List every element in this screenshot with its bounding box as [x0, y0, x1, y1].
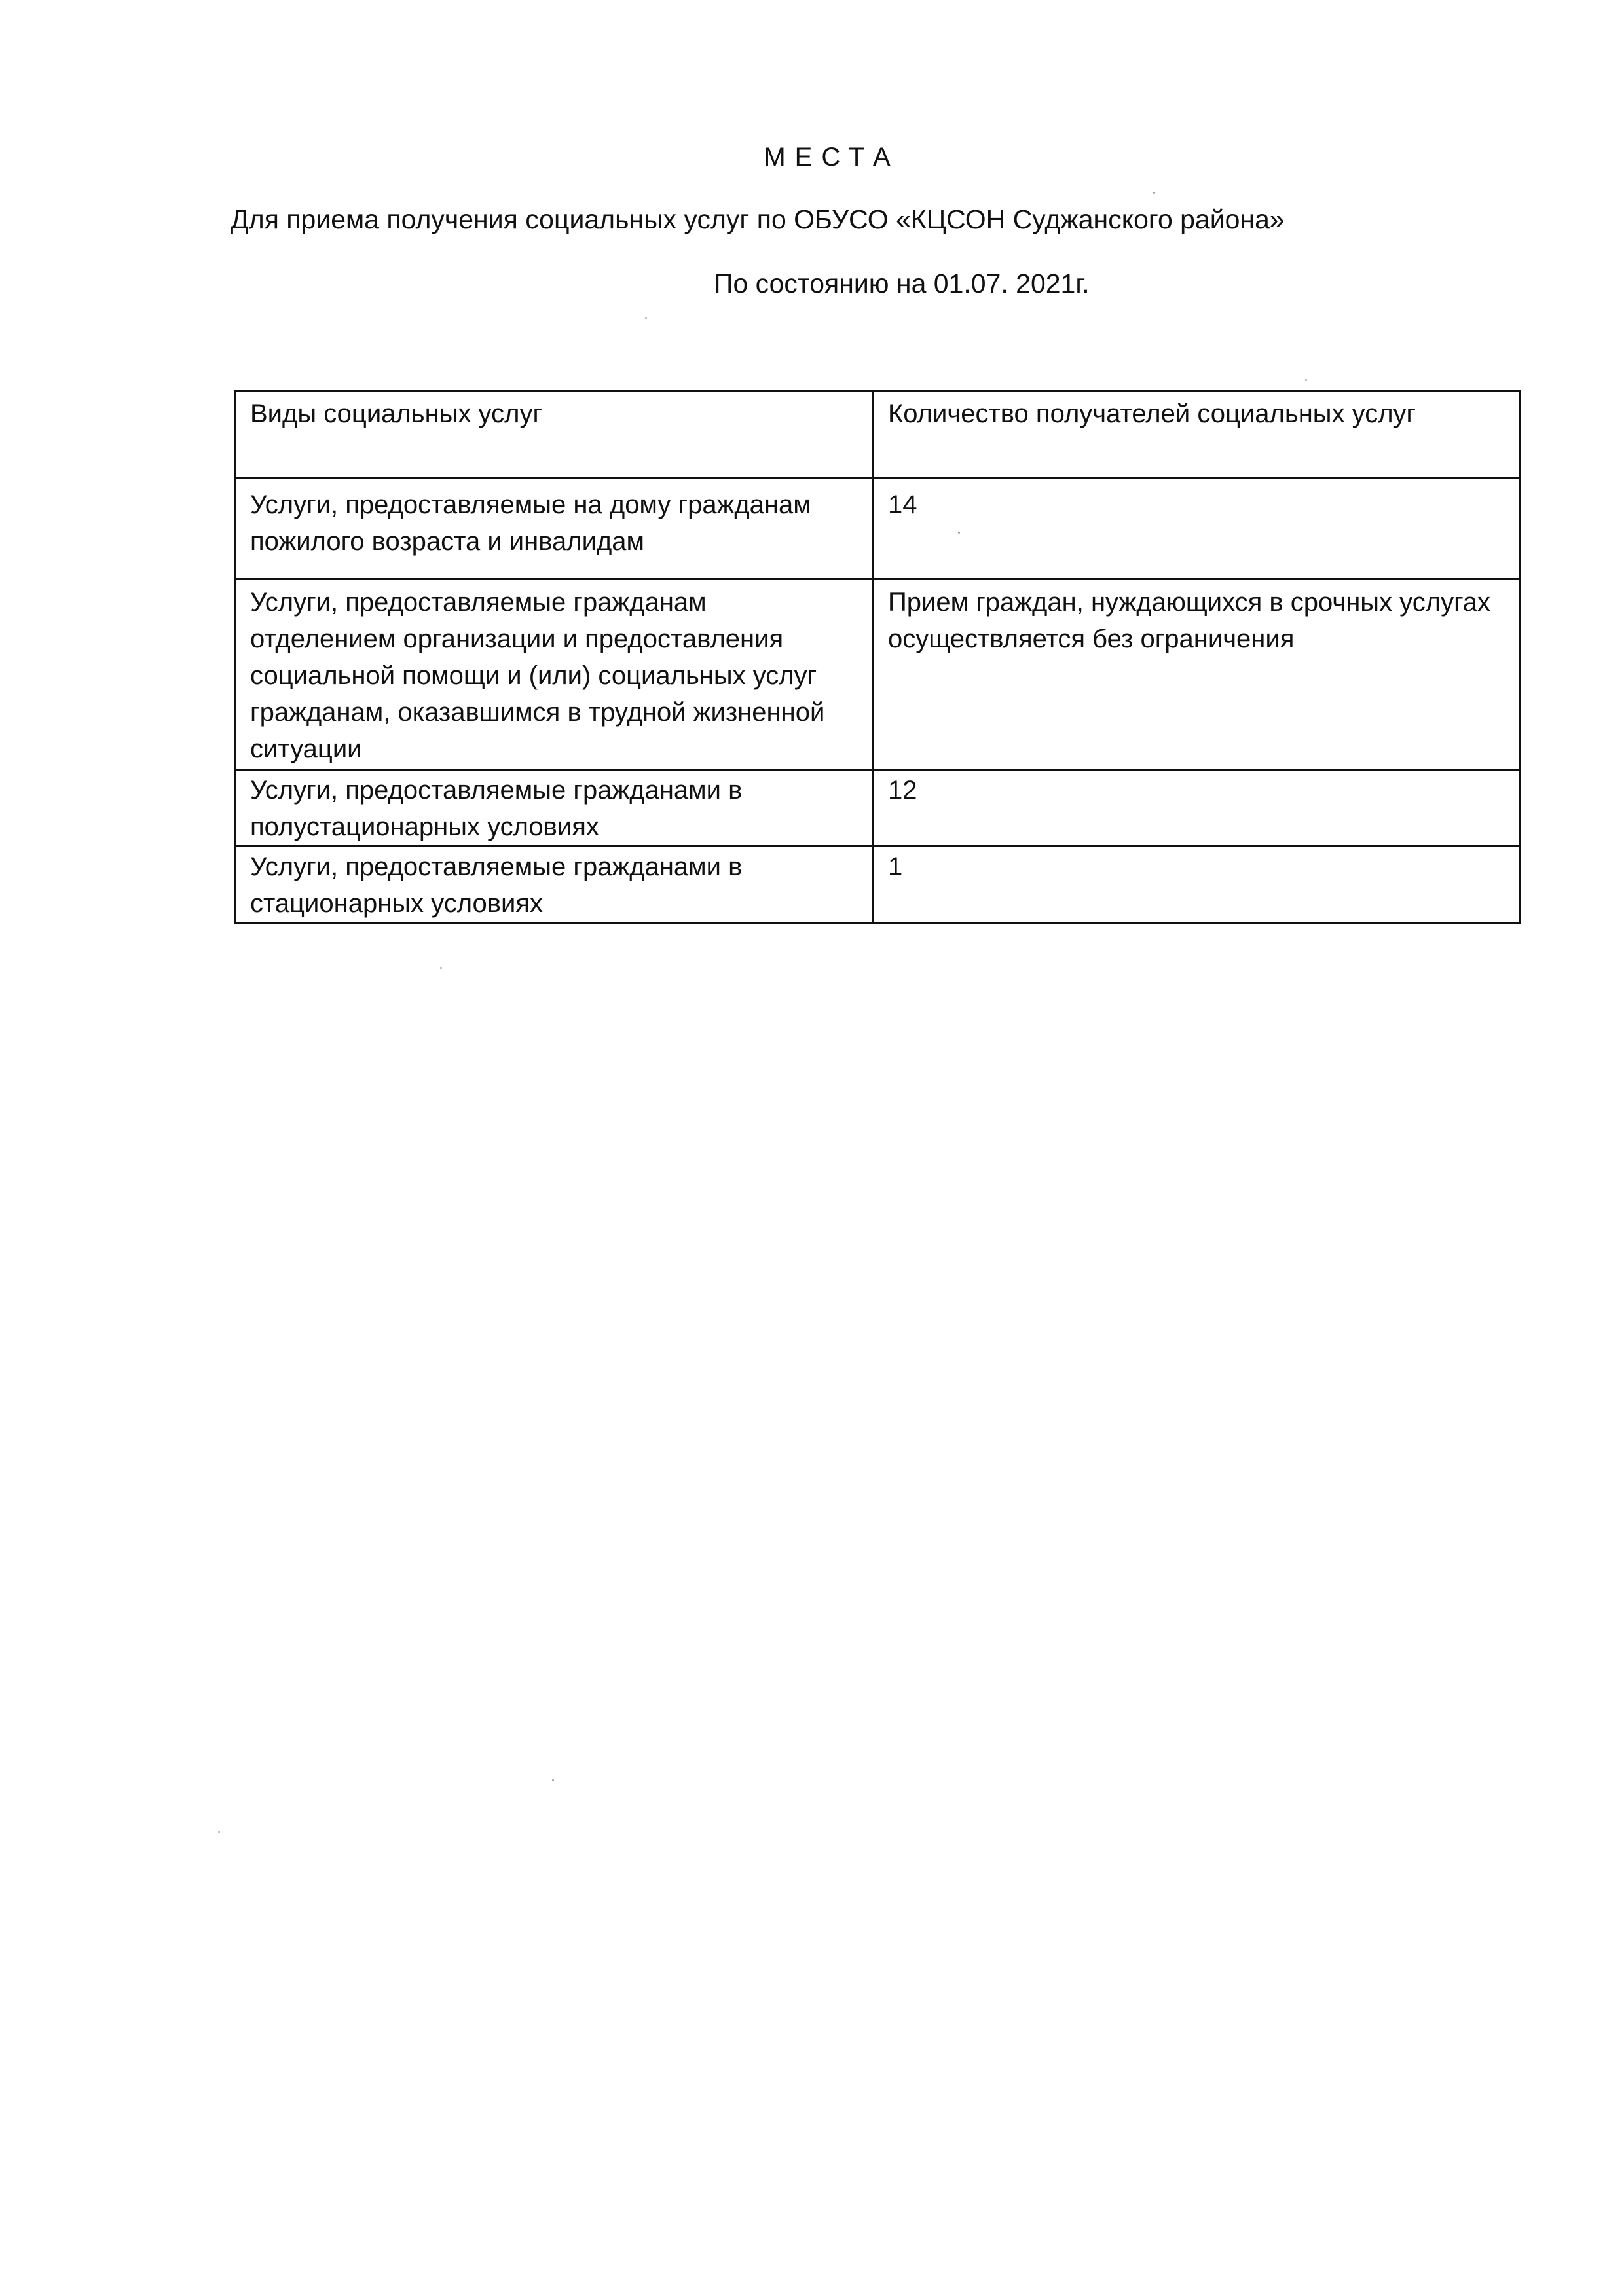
document-title: МЕСТА: [0, 143, 1624, 172]
document-page: МЕСТА Для приема получения социальных ус…: [0, 0, 1624, 2296]
service-type-cell: Услуги, предоставляемые гражданами в ста…: [235, 847, 873, 923]
recipient-count-cell: 14: [873, 478, 1520, 579]
header-service-type: Виды социальных услуг: [235, 391, 873, 478]
table-row: Услуги, предоставляемые гражданами в пол…: [235, 770, 1520, 847]
recipient-count-cell: 12: [873, 770, 1520, 847]
header-recipient-count: Количество получателей социальных услуг: [873, 391, 1520, 478]
scan-speck: [645, 317, 647, 319]
service-type-cell: Услуги, предоставляемые на дому граждана…: [235, 478, 873, 579]
scan-speck: [218, 1831, 220, 1833]
table-header-row: Виды социальных услуг Количество получат…: [235, 391, 1520, 478]
table-row: Услуги, предоставляемые гражданам отделе…: [235, 579, 1520, 770]
service-type-cell: Услуги, предоставляемые гражданами в пол…: [235, 770, 873, 847]
recipient-count-cell: 1: [873, 847, 1520, 923]
scan-speck: [552, 1779, 554, 1781]
service-type-cell: Услуги, предоставляемые гражданам отделе…: [235, 579, 873, 770]
document-subtitle: Для приема получения социальных услуг по…: [231, 204, 1285, 235]
scan-speck: [440, 967, 442, 969]
scan-speck: [1153, 192, 1155, 194]
recipient-count-cell: Прием граждан, нуждающихся в срочных усл…: [873, 579, 1520, 770]
scan-speck: [1305, 379, 1307, 381]
services-table: Виды социальных услуг Количество получат…: [234, 390, 1521, 924]
scan-speck: [958, 532, 960, 534]
as-of-date: По состоянию на 01.07. 2021г.: [714, 268, 1090, 299]
table-row: Услуги, предоставляемые гражданами в ста…: [235, 847, 1520, 923]
table-row: Услуги, предоставляемые на дому граждана…: [235, 478, 1520, 579]
